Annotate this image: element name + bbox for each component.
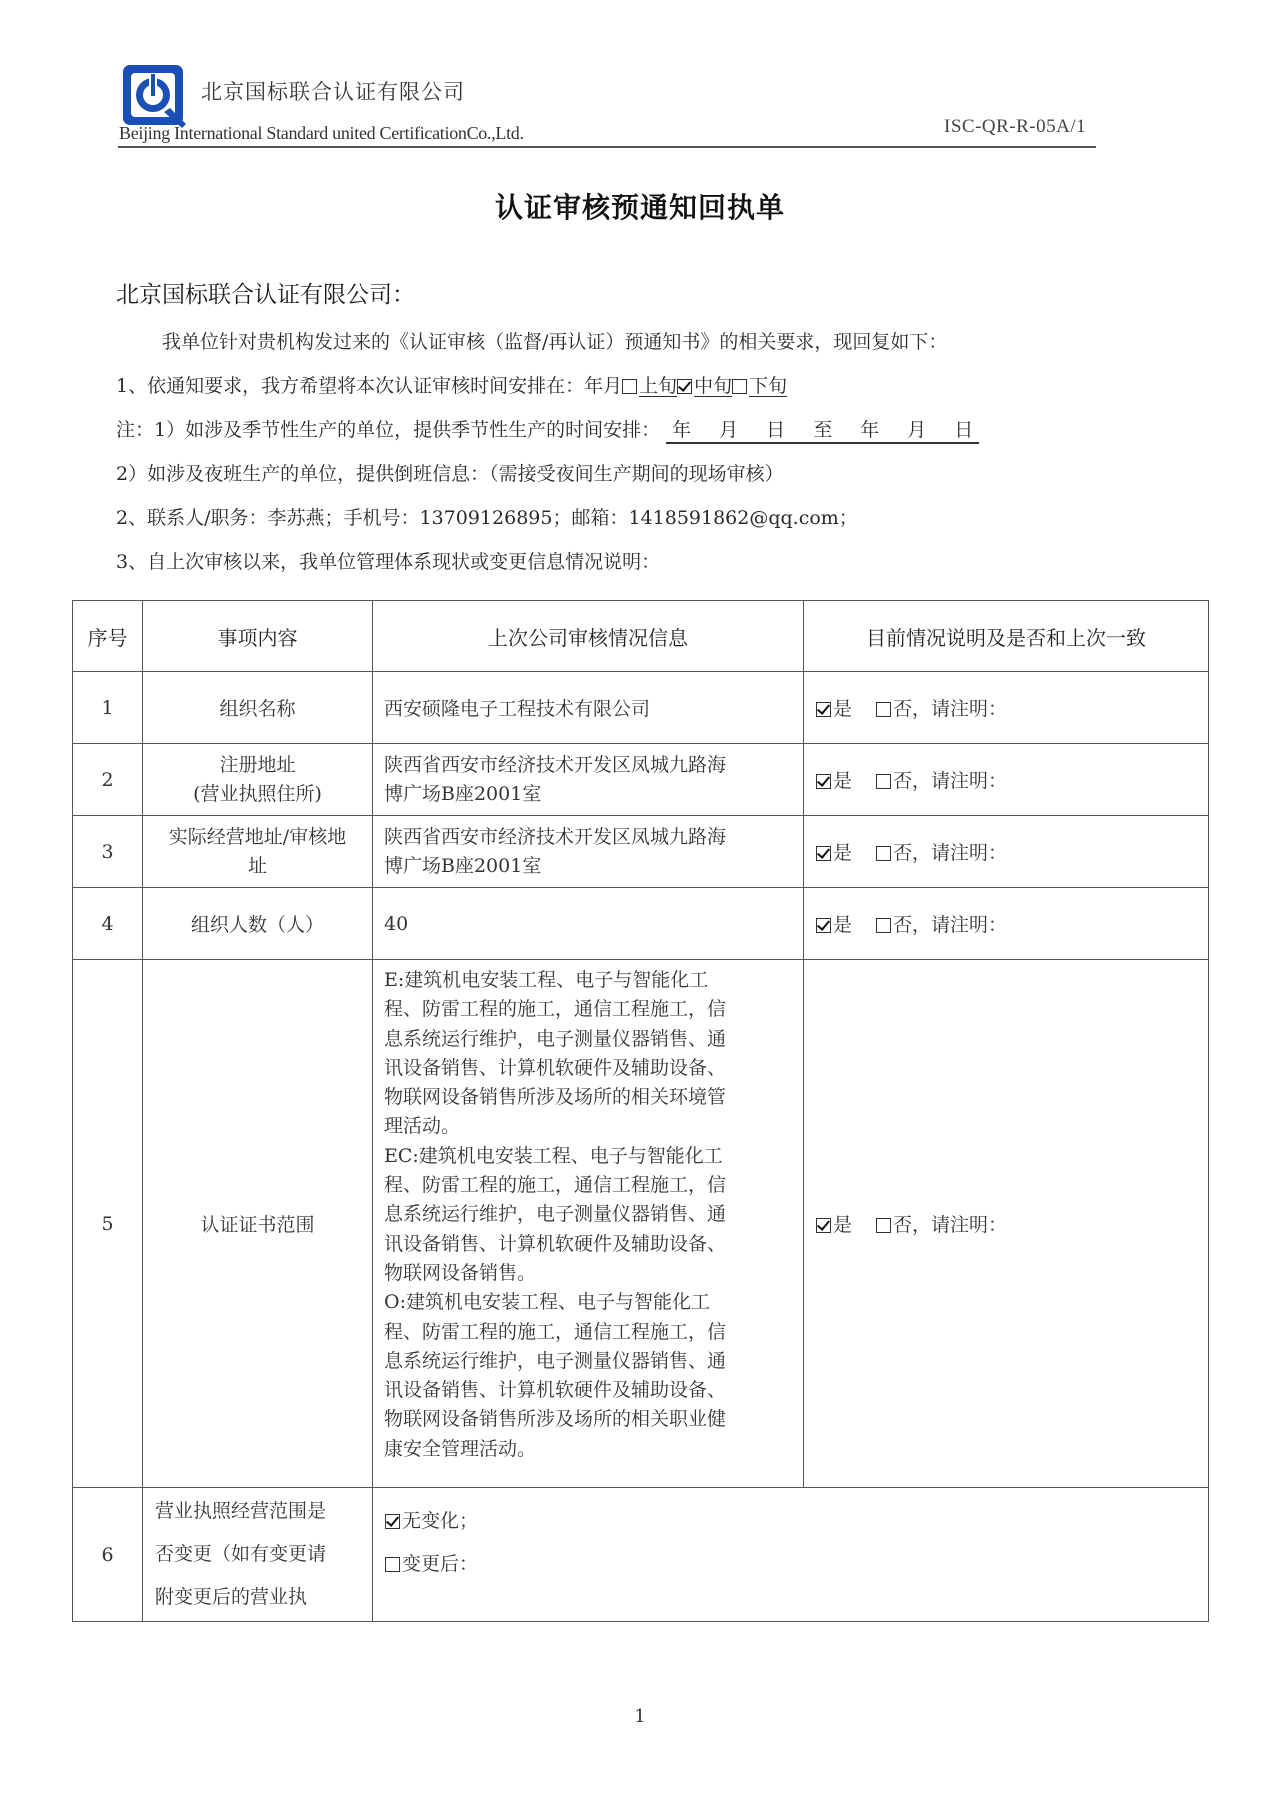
status-yes-label: 是 xyxy=(833,914,852,936)
company-name-cn: 北京国标联合认证有限公司 xyxy=(201,76,465,106)
item-line: (营业执照住所) xyxy=(143,780,372,809)
checkbox-no[interactable] xyxy=(876,774,891,789)
checkbox-yes[interactable] xyxy=(816,1218,831,1233)
status-no-label: 否，请注明： xyxy=(893,1214,1007,1236)
item-line: 营业执照经营范围是 xyxy=(155,1490,366,1533)
scope-line: 程、防雷工程的施工，通信工程施工，信 xyxy=(384,1171,795,1200)
scope-line: 讯设备销售、计算机软硬件及辅助设备、 xyxy=(384,1376,795,1405)
item-line: 否变更（如有变更请 xyxy=(155,1533,366,1576)
status-yes-label: 是 xyxy=(833,1214,852,1236)
status-no-label: 否，请注明： xyxy=(893,842,1007,864)
row-no: 2 xyxy=(73,744,143,816)
row-status: 是否，请注明： xyxy=(804,672,1209,744)
row-prev-info: 陕西省西安市经济技术开发区凤城九路海 博广场B座2001室 xyxy=(373,816,804,888)
certificate-scope: E:建筑机电安装工程、电子与智能化工 程、防雷工程的施工，通信工程施工，信 息系… xyxy=(373,960,804,1488)
col-header-item: 事项内容 xyxy=(143,601,373,672)
addressee: 北京国标联合认证有限公司： xyxy=(116,276,415,309)
checkbox-no[interactable] xyxy=(876,1218,891,1233)
row-item: 实际经营地址/审核地 址 xyxy=(143,816,373,888)
period-options: 上旬中旬下旬 xyxy=(622,375,787,397)
scope-line: 讯设备销售、计算机软硬件及辅助设备、 xyxy=(384,1054,795,1083)
row-no: 5 xyxy=(73,960,143,1488)
row-status: 是否，请注明： xyxy=(804,888,1209,960)
scope-line: 物联网设备销售所涉及场所的相关环境管 xyxy=(384,1083,795,1112)
company-name-en: Beijing International Standard united Ce… xyxy=(119,123,524,144)
scope-line: 息系统运行维护，电子测量仪器销售、通 xyxy=(384,1025,795,1054)
table-row: 5 认证证书范围 E:建筑机电安装工程、电子与智能化工 程、防雷工程的施工，通信… xyxy=(73,960,1209,1488)
header-divider xyxy=(118,146,1096,148)
row-no: 3 xyxy=(73,816,143,888)
row-no: 1 xyxy=(73,672,143,744)
checkbox-no[interactable] xyxy=(876,702,891,717)
scope-line: 息系统运行维护，电子测量仪器销售、通 xyxy=(384,1200,795,1229)
scope-line: 程、防雷工程的施工，通信工程施工，信 xyxy=(384,995,795,1024)
date-part: 日 xyxy=(766,415,785,442)
col-header-current: 目前情况说明及是否和上次一致 xyxy=(804,601,1209,672)
scope-line: 物联网设备销售。 xyxy=(384,1259,795,1288)
option-unchanged: 无变化； xyxy=(385,1500,1208,1543)
col-header-prev: 上次公司审核情况信息 xyxy=(373,601,804,672)
item1-prefix: 1、依通知要求，我方希望将本次认证审核时间安排在：年月 xyxy=(116,375,622,397)
status-yes-label: 是 xyxy=(833,698,852,720)
row-item: 营业执照经营范围是 否变更（如有变更请 附变更后的营业执 xyxy=(143,1488,373,1622)
scope-line: 息系统运行维护，电子测量仪器销售、通 xyxy=(384,1347,795,1376)
item-line: 址 xyxy=(143,852,372,881)
checkbox-yes[interactable] xyxy=(816,774,831,789)
date-part: 至 xyxy=(813,415,832,442)
scope-line: 理活动。 xyxy=(384,1112,795,1141)
item1-schedule: 1、依通知要求，我方希望将本次认证审核时间安排在：年月上旬中旬下旬 xyxy=(116,371,787,398)
checkbox-unchanged[interactable] xyxy=(385,1514,400,1529)
scope-line: 讯设备销售、计算机软硬件及辅助设备、 xyxy=(384,1230,795,1259)
status-no-label: 否，请注明： xyxy=(893,698,1007,720)
status-yes-label: 是 xyxy=(833,770,852,792)
item2-contact: 2、联系人/职务：李苏燕；手机号：13709126895；邮箱：14185918… xyxy=(116,503,858,530)
prev-line: 博广场B座2001室 xyxy=(384,852,795,881)
status-no-label: 否，请注明： xyxy=(893,770,1007,792)
option-label: 中旬 xyxy=(694,375,732,397)
intro-paragraph: 我单位针对贵机构发过来的《认证审核（监督/再认证）预通知书》的相关要求，现回复如… xyxy=(162,327,947,354)
date-part: 年 xyxy=(860,415,879,442)
row-no: 4 xyxy=(73,888,143,960)
scope-line: 物联网设备销售所涉及场所的相关职业健 xyxy=(384,1405,795,1434)
document-code: ISC-QR-R-05A/1 xyxy=(944,116,1086,138)
option-label: 无变化； xyxy=(402,1510,478,1532)
table-row: 2 注册地址 (营业执照住所) 陕西省西安市经济技术开发区凤城九路海 博广场B座… xyxy=(73,744,1209,816)
checkbox-yes[interactable] xyxy=(816,846,831,861)
scope-line: 康安全管理活动。 xyxy=(384,1435,795,1464)
row-prev-info: 西安硕隆电子工程技术有限公司 xyxy=(373,672,804,744)
seasonal-date-range-field[interactable]: 年月日至年月日 xyxy=(666,415,979,444)
note1-prefix: 注：1）如涉及季节性生产的单位，提供季节性生产的时间安排： xyxy=(116,419,660,441)
checkbox-yes[interactable] xyxy=(816,918,831,933)
scope-line: O:建筑机电安装工程、电子与智能化工 xyxy=(384,1288,795,1317)
scope-line: 程、防雷工程的施工，通信工程施工，信 xyxy=(384,1318,795,1347)
page-title: 认证审核预通知回执单 xyxy=(0,186,1280,226)
row-prev-info: 40 xyxy=(373,888,804,960)
table-row: 3 实际经营地址/审核地 址 陕西省西安市经济技术开发区凤城九路海 博广场B座2… xyxy=(73,816,1209,888)
table-row: 6 营业执照经营范围是 否变更（如有变更请 附变更后的营业执 无变化； 变更后： xyxy=(73,1488,1209,1622)
license-scope-change-options: 无变化； 变更后： xyxy=(373,1488,1209,1622)
prev-line: 博广场B座2001室 xyxy=(384,780,795,809)
date-part: 年 xyxy=(672,415,691,442)
scope-line: E:建筑机电安装工程、电子与智能化工 xyxy=(384,966,795,995)
prev-line: 陕西省西安市经济技术开发区凤城九路海 xyxy=(384,751,795,780)
item-line: 注册地址 xyxy=(143,751,372,780)
row-item: 组织名称 xyxy=(143,672,373,744)
note2-night-shift: 2）如涉及夜班生产的单位，提供倒班信息：（需接受夜间生产期间的现场审核） xyxy=(116,459,784,486)
row-status: 是否，请注明： xyxy=(804,960,1209,1488)
status-yes-label: 是 xyxy=(833,842,852,864)
col-header-no: 序号 xyxy=(73,601,143,672)
row-status: 是否，请注明： xyxy=(804,816,1209,888)
option-label: 变更后： xyxy=(402,1553,478,1575)
date-part: 日 xyxy=(954,415,973,442)
option-changed: 变更后： xyxy=(385,1543,1208,1586)
page-number: 1 xyxy=(0,1706,1280,1727)
option-label: 上旬 xyxy=(639,375,677,397)
checkbox-late-month[interactable] xyxy=(732,379,747,394)
checkbox-early-month[interactable] xyxy=(622,379,637,394)
option-label: 下旬 xyxy=(749,375,787,397)
table-row: 4 组织人数（人） 40 是否，请注明： xyxy=(73,888,1209,960)
status-table: 序号 事项内容 上次公司审核情况信息 目前情况说明及是否和上次一致 1 组织名称… xyxy=(72,600,1209,1622)
row-item: 注册地址 (营业执照住所) xyxy=(143,744,373,816)
item-line: 实际经营地址/审核地 xyxy=(143,823,372,852)
date-part: 月 xyxy=(907,415,926,442)
checkbox-mid-month[interactable] xyxy=(677,379,692,394)
item-line: 附变更后的营业执 xyxy=(155,1576,366,1619)
table-row: 1 组织名称 西安硕隆电子工程技术有限公司 是否，请注明： xyxy=(73,672,1209,744)
scope-line: EC:建筑机电安装工程、电子与智能化工 xyxy=(384,1142,795,1171)
row-item: 组织人数（人） xyxy=(143,888,373,960)
status-no-label: 否，请注明： xyxy=(893,914,1007,936)
note1-seasonal: 注：1）如涉及季节性生产的单位，提供季节性生产的时间安排： 年月日至年月日 xyxy=(116,415,979,444)
row-no: 6 xyxy=(73,1488,143,1622)
checkbox-no[interactable] xyxy=(876,846,891,861)
row-item: 认证证书范围 xyxy=(143,960,373,1488)
date-part: 月 xyxy=(719,415,738,442)
company-logo-icon xyxy=(120,62,190,132)
checkbox-no[interactable] xyxy=(876,918,891,933)
checkbox-changed[interactable] xyxy=(385,1557,400,1572)
prev-line: 陕西省西安市经济技术开发区凤城九路海 xyxy=(384,823,795,852)
row-status: 是否，请注明： xyxy=(804,744,1209,816)
table-header-row: 序号 事项内容 上次公司审核情况信息 目前情况说明及是否和上次一致 xyxy=(73,601,1209,672)
item3-status-intro: 3、自上次审核以来，我单位管理体系现状或变更信息情况说明： xyxy=(116,547,660,574)
checkbox-yes[interactable] xyxy=(816,702,831,717)
row-prev-info: 陕西省西安市经济技术开发区凤城九路海 博广场B座2001室 xyxy=(373,744,804,816)
